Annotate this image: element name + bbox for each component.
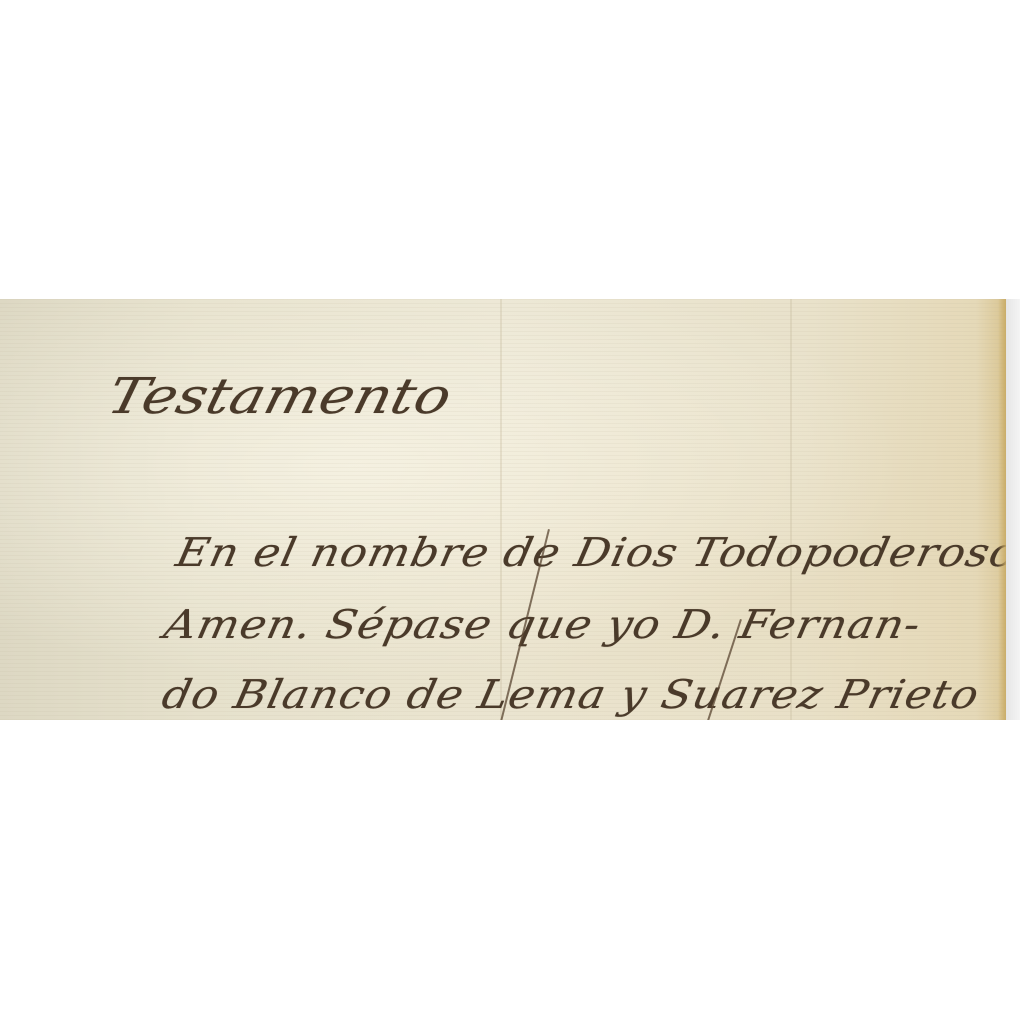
document-title: Testamento — [102, 367, 457, 425]
manuscript-page: Testamento En el nombre de Dios Todopode… — [0, 299, 1006, 720]
paper-edge-stain — [998, 299, 1006, 720]
backing-strip — [1006, 299, 1020, 720]
paper-fold-line — [790, 299, 792, 720]
paper-fold-line — [500, 299, 502, 720]
manuscript-line-1: En el nombre de Dios Todopoderoso — [172, 530, 1006, 576]
manuscript-line-2: Amen. Sépase que yo D. Fernan- — [160, 602, 925, 648]
manuscript-line-3: do Blanco de Lema y Suarez Prieto — [158, 672, 984, 718]
